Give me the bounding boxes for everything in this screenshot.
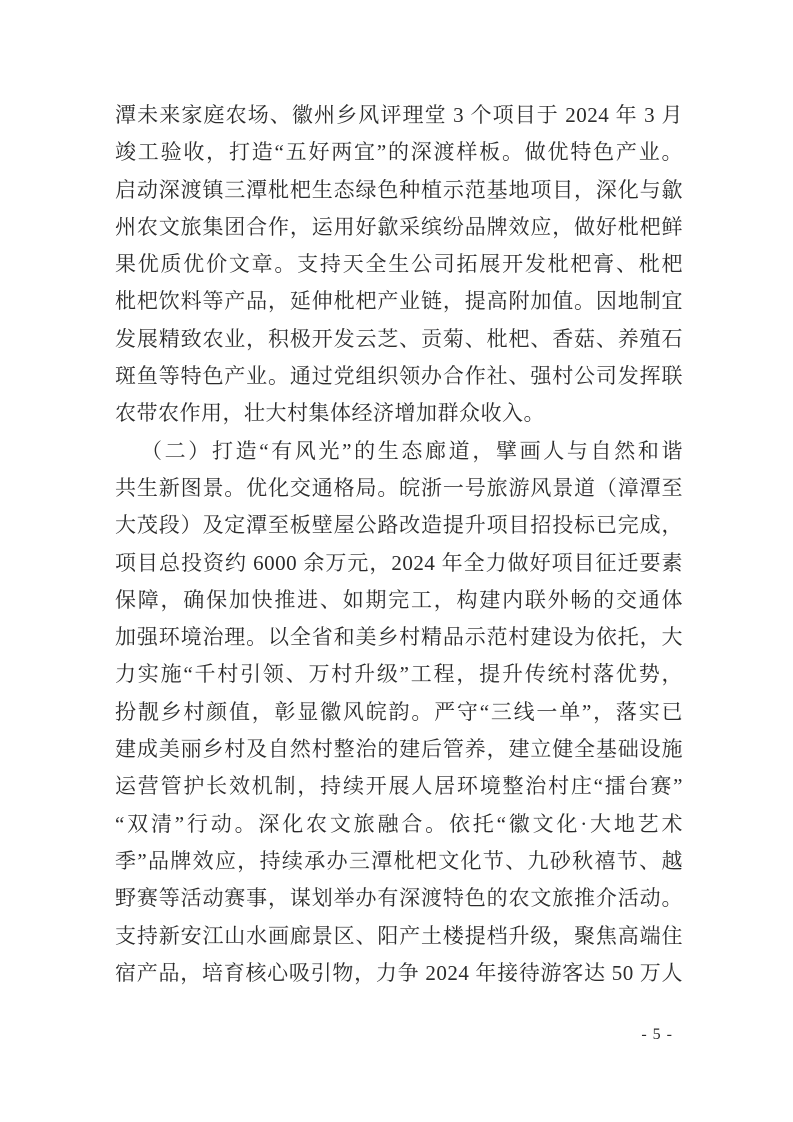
- text-line: （二）打造“有风光”的生态廊道，擘画人与自然和谐: [115, 433, 683, 470]
- text-line: 发展精致农业，积极开发云芝、贡菊、枇杷、香菇、养殖石: [115, 321, 683, 358]
- text-line: 野赛等活动赛事，谋划举办有深渡特色的农文旅推介活动。: [115, 880, 683, 917]
- text-line: 州农文旅集团合作，运用好歙采缤纷品牌效应，做好枇杷鲜: [115, 209, 683, 246]
- text-line: 潭未来家庭农场、徽州乡风评理堂 3 个项目于 2024 年 3 月: [115, 97, 683, 134]
- text-line: 农带农作用，壮大村集体经济增加群众收入。: [115, 395, 683, 432]
- text-line: 季”品牌效应，持续承办三潭枇杷文化节、九砂秋禧节、越: [115, 843, 683, 880]
- text-line: 果优质优价文章。支持天全生公司拓展开发枇杷膏、枇杷干、: [115, 246, 683, 283]
- text-line: 运营管护长效机制，持续开展人居环境整治村庄“擂台赛”: [115, 768, 683, 805]
- page-number: - 5 -: [0, 1025, 673, 1045]
- text-line: 宿产品，培育核心吸引物，力争 2024 年接待游客达 50 万人: [115, 955, 683, 992]
- document-body: 潭未来家庭农场、徽州乡风评理堂 3 个项目于 2024 年 3 月竣工验收，打造…: [115, 97, 683, 992]
- text-line: 项目总投资约 6000 余万元，2024 年全力做好项目征迁要素: [115, 545, 683, 582]
- text-line: 大茂段）及定潭至板壁屋公路改造提升项目招投标已完成，: [115, 507, 683, 544]
- text-line: 斑鱼等特色产业。通过党组织领办合作社、强村公司发挥联: [115, 358, 683, 395]
- text-line: 力实施“千村引领、万村升级”工程，提升传统村落优势，: [115, 656, 683, 693]
- text-line: “双清”行动。深化农文旅融合。依托“徽文化·大地艺术: [115, 806, 683, 843]
- text-line: 启动深渡镇三潭枇杷生态绿色种植示范基地项目，深化与歙: [115, 172, 683, 209]
- text-line: 枇杷饮料等产品，延伸枇杷产业链，提高附加值。因地制宜: [115, 283, 683, 320]
- text-line: 共生新图景。优化交通格局。皖浙一号旅游风景道（漳潭至: [115, 470, 683, 507]
- text-line: 竣工验收，打造“五好两宜”的深渡样板。做优特色产业。: [115, 134, 683, 171]
- text-line: 支持新安江山水画廊景区、阳产土楼提档升级，聚焦高端住: [115, 918, 683, 955]
- document-page: 潭未来家庭农场、徽州乡风评理堂 3 个项目于 2024 年 3 月竣工验收，打造…: [0, 0, 793, 1122]
- text-line: 加强环境治理。以全省和美乡村精品示范村建设为依托，大: [115, 619, 683, 656]
- text-line: 建成美丽乡村及自然村整治的建后管养，建立健全基础设施: [115, 731, 683, 768]
- text-line: 扮靓乡村颜值，彰显徽风皖韵。严守“三线一单”，落实已: [115, 694, 683, 731]
- text-line: 保障，确保加快推进、如期完工，构建内联外畅的交通体系。: [115, 582, 683, 619]
